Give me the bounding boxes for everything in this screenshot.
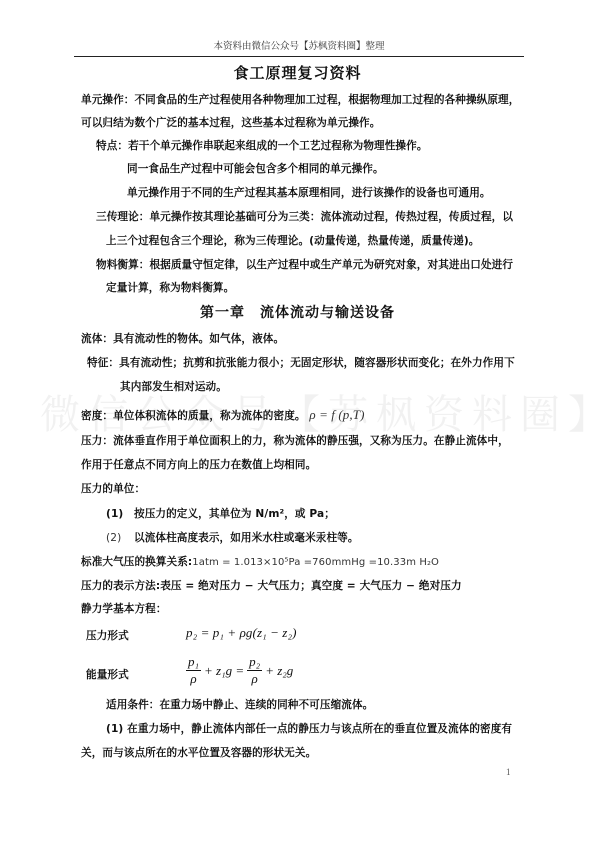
three-transfer-text-cont: 上三个过程包含三个理论，称为三传理论。(动量传递，热量传递，质量传递)。 bbox=[106, 233, 479, 248]
three-transfer-paragraph: 三传理论：单元操作按其理论基础可分为三类：流体流动过程，传热过程，传质过程，以 bbox=[96, 209, 513, 224]
point-1-text: (1) 在重力场中，静止流体内部任一点的静压力与该点所在的垂直位置及流体的密度有 bbox=[106, 721, 512, 736]
pressure-label: 压力： bbox=[81, 435, 113, 447]
features-text-2: 同一食品生产过程中可能会包含多个相同的单元操作。 bbox=[127, 161, 384, 176]
pressure-unit-heading: 压力的单位： bbox=[81, 481, 145, 496]
unit-operation-text-cont: 可以归结为数个广泛的基本过程，这些基本过程称为单元操作。 bbox=[81, 115, 380, 130]
unit-operation-text: 不同食品的生产过程使用各种物理加工过程，根据物理加工过程的各种操纵原理， bbox=[134, 94, 519, 106]
unit-item-number: (1) bbox=[106, 508, 134, 520]
traits-text: 具有流动性；抗剪和抗张能力很小；无固定形状，随容器形状而变化；在外力作用下 bbox=[119, 357, 515, 369]
unit-item-1: (1)按压力的定义，其单位为 N/m²，或 Pa； bbox=[106, 506, 335, 521]
document-title: 食工原理复习资料 bbox=[0, 62, 595, 83]
density-label: 密度： bbox=[81, 410, 113, 422]
statics-heading: 静力学基本方程： bbox=[81, 601, 167, 616]
fraction: p₂ρ bbox=[247, 654, 262, 687]
expression-label: 压力的表示方法: bbox=[81, 580, 160, 592]
features-paragraph: 特点：若干个单元操作串联起来组成的一个工艺过程称为物理性操作。 bbox=[96, 138, 428, 153]
unit-item-text: 以流体柱高度表示，如用米水柱或毫米汞柱等。 bbox=[134, 532, 359, 544]
material-balance-paragraph: 物料衡算：根据质量守恒定律，以生产过程中或生产单元为研究对象，对其进出口处进行 bbox=[96, 257, 513, 272]
fluid-definition: 流体：具有流动性的物体。如气体，液体。 bbox=[81, 331, 284, 346]
energy-form-label: 能量形式 bbox=[86, 667, 129, 682]
fraction: p₁ρ bbox=[186, 654, 201, 687]
features-text: 若干个单元操作串联起来组成的一个工艺过程称为物理性操作。 bbox=[128, 140, 427, 152]
unit-item-2: (2)以流体柱高度表示，如用米水柱或毫米汞柱等。 bbox=[106, 530, 359, 545]
fluid-label: 流体： bbox=[81, 333, 113, 345]
density-definition: 密度：单位体积流体的质量，称为流体的密度。 ρ = f (p,T) bbox=[81, 407, 365, 423]
material-balance-label: 物料衡算： bbox=[96, 259, 149, 271]
traits-text-cont: 其内部发生相对运动。 bbox=[120, 379, 227, 394]
standard-atm-conversion: 标准大气压的换算关系:1atm = 1.013×10⁵Pa =760mmHg =… bbox=[81, 554, 439, 569]
condition-label: 适用条件： bbox=[106, 699, 159, 711]
features-text-3: 单元操作用于不同的生产过程其基本原理相同，进行该操作的设备也可通用。 bbox=[127, 185, 491, 200]
pressure-definition: 压力：流体垂直作用于单位面积上的力，称为流体的静压强，又称为压力。在静止流体中， bbox=[81, 433, 509, 448]
traits-label: 特征： bbox=[87, 357, 119, 369]
density-text: 单位体积流体的质量，称为流体的密度。 bbox=[113, 410, 306, 422]
features-label: 特点： bbox=[96, 140, 128, 152]
pressure-expression: 压力的表示方法:表压 = 绝对压力 − 大气压力；真空度 = 大气压力 − 绝对… bbox=[81, 578, 462, 593]
pressure-form-label: 压力形式 bbox=[86, 628, 129, 643]
material-balance-text-cont: 定量计算，称为物料衡算。 bbox=[106, 280, 234, 295]
pressure-form-equation: p₂ = p₁ + ρg(z₁ − z₂) bbox=[186, 625, 297, 641]
unit-item-text: 按压力的定义，其单位为 N/m²，或 Pa； bbox=[134, 508, 335, 520]
expression-text: 表压 = 绝对压力 − 大气压力；真空度 = 大气压力 − 绝对压力 bbox=[160, 580, 461, 592]
page-header: 本资料由微信公众号【苏枫资料圈】整理 bbox=[74, 38, 524, 57]
three-transfer-text: 单元操作按其理论基础可分为三类：流体流动过程，传热过程，传质过程，以 bbox=[149, 211, 513, 223]
page-number: 1 bbox=[506, 767, 511, 777]
condition-text: 在重力场中静止、连续的同种不可压缩流体。 bbox=[159, 699, 373, 711]
unit-operation-label: 单元操作： bbox=[81, 94, 134, 106]
fluid-text: 具有流动性的物体。如气体，液体。 bbox=[113, 333, 284, 345]
pressure-text-cont: 作用于任意点不同方向上的压力在数值上均相同。 bbox=[81, 457, 316, 472]
unit-item-number: (2) bbox=[106, 532, 134, 544]
atm-label: 标准大气压的换算关系: bbox=[81, 556, 192, 568]
atm-text: 1atm = 1.013×10⁵Pa =760mmHg =10.33m H₂O bbox=[192, 557, 439, 568]
fluid-traits: 特征：具有流动性；抗剪和抗张能力很小；无固定形状，随容器形状而变化；在外力作用下 bbox=[87, 355, 515, 370]
chapter-heading: 第一章 流体流动与输送设备 bbox=[0, 302, 595, 322]
pressure-text: 流体垂直作用于单位面积上的力，称为流体的静压强，又称为压力。在静止流体中， bbox=[113, 435, 509, 447]
point-1-text-cont: 关，而与该点所在的水平位置及容器的形状无关。 bbox=[81, 745, 316, 760]
three-transfer-label: 三传理论： bbox=[96, 211, 149, 223]
density-formula: ρ = f (p,T) bbox=[309, 407, 364, 422]
unit-operation-paragraph: 单元操作：不同食品的生产过程使用各种物理加工过程，根据物理加工过程的各种操纵原理… bbox=[81, 92, 519, 107]
material-balance-text: 根据质量守恒定律，以生产过程中或生产单元为研究对象，对其进出口处进行 bbox=[149, 259, 513, 271]
applicability-condition: 适用条件：在重力场中静止、连续的同种不可压缩流体。 bbox=[106, 697, 373, 712]
energy-form-equation: p₁ρ + z₁g = p₂ρ + z₂g bbox=[186, 654, 293, 687]
